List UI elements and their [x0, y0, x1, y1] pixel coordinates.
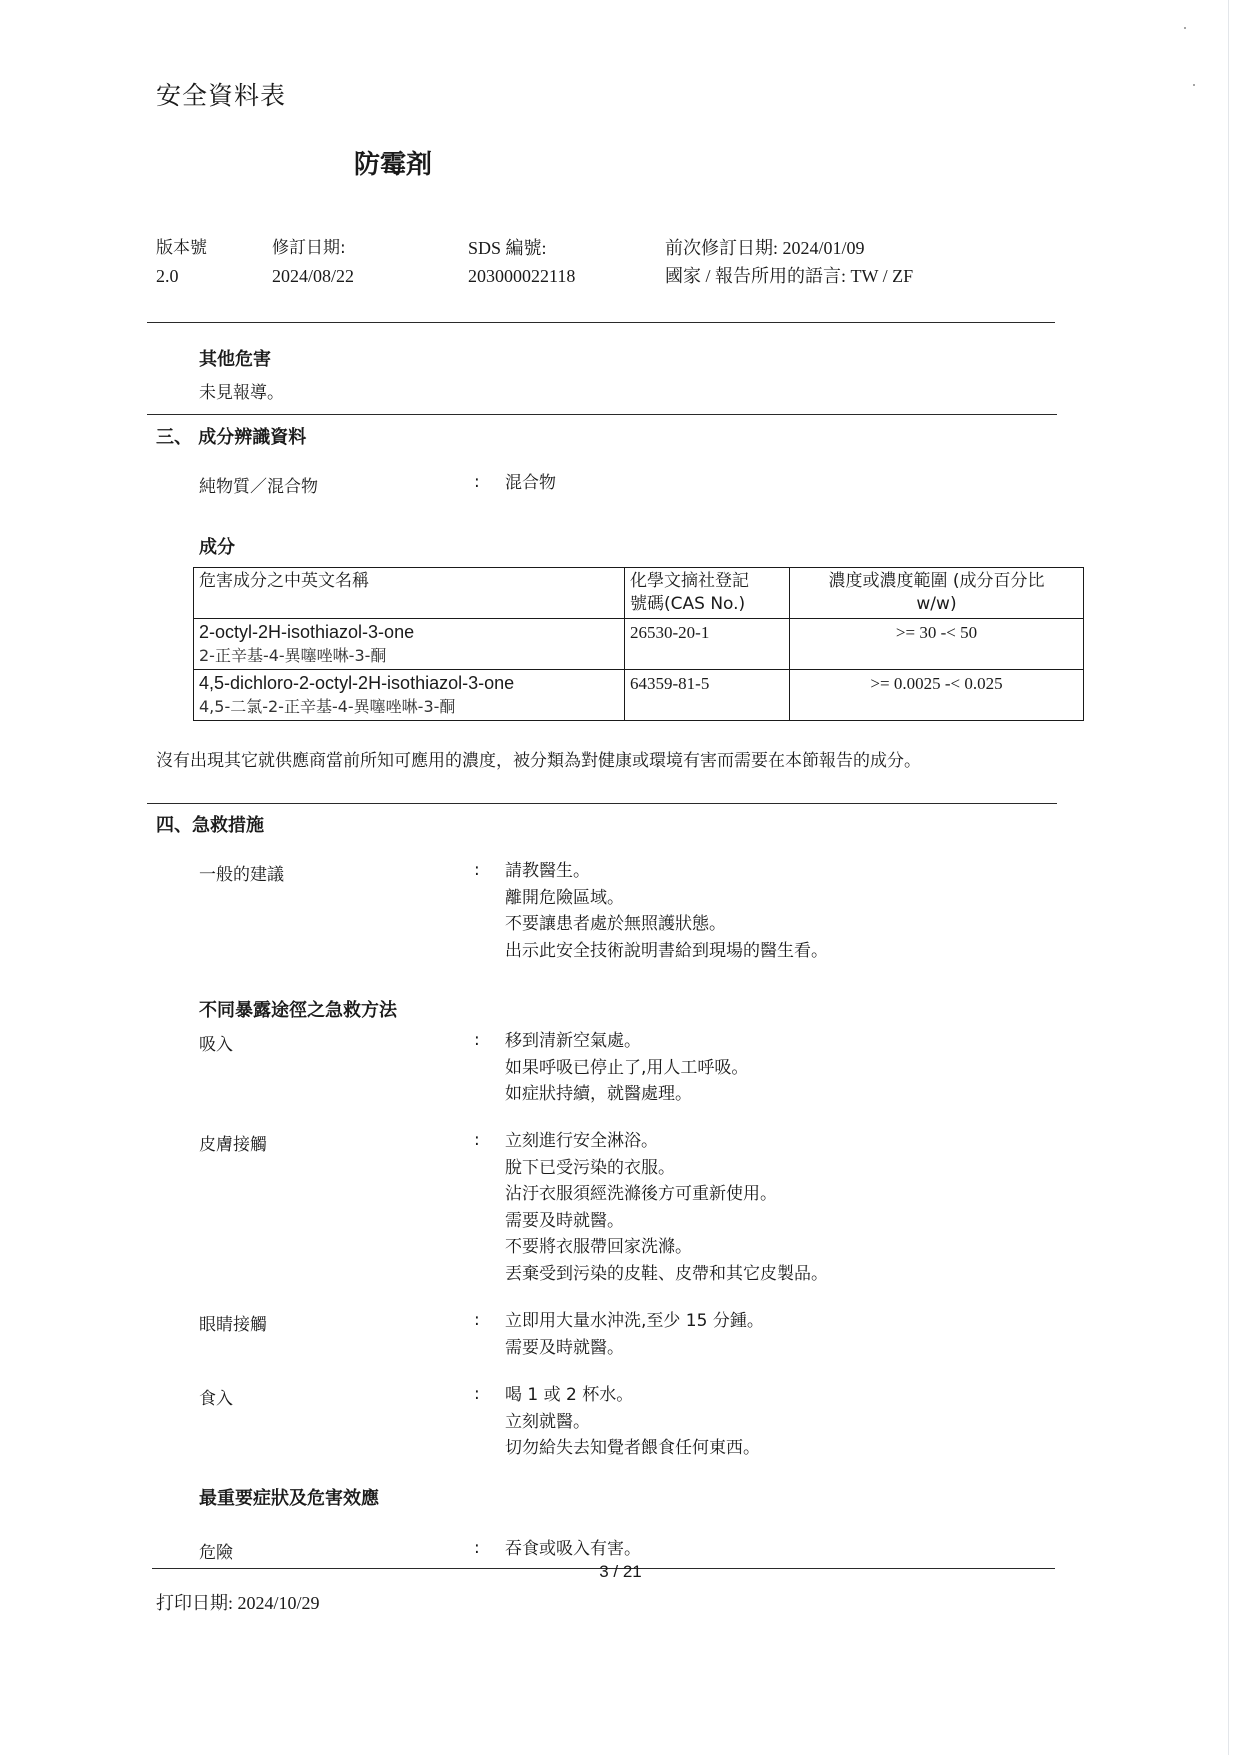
other-hazards-heading: 其他危害 — [199, 345, 271, 371]
sds-number-value: 203000022118 — [468, 262, 575, 290]
table-row: 2-octyl-2H-isothiazol-3-one 2-正辛基-4-異噻唑啉… — [194, 619, 1084, 670]
list-item: 立刻進行安全淋浴。 — [505, 1128, 828, 1155]
print-date: 打印日期: 2024/10/29 — [156, 1589, 320, 1617]
concentration: >= 0.0025 -< 0.025 — [790, 670, 1084, 721]
revision-date-label: 修訂日期: — [272, 234, 354, 262]
component-name-cell: 4,5-dichloro-2-octyl-2H-isothiazol-3-one… — [194, 670, 625, 721]
product-name: 防霉剤 — [354, 144, 432, 181]
other-hazards-text: 未見報導。 — [199, 378, 284, 403]
section3-heading: 三、 成分辨識資料 — [156, 423, 306, 449]
concentration: >= 30 -< 50 — [790, 619, 1084, 670]
scan-edge-line — [1228, 0, 1229, 1755]
sds-number-block: SDS 編號: 203000022118 — [468, 234, 575, 290]
list-item: 需要及時就醫。 — [505, 1335, 764, 1362]
danger-label: 危險 — [199, 1538, 233, 1563]
ingestion-label: 食入 — [199, 1384, 233, 1409]
component-name-zh: 2-正辛基-4-異噻唑啉-3-酮 — [199, 644, 619, 667]
header-name: 危害成分之中英文名稱 — [194, 568, 625, 619]
header-concentration: 濃度或濃度範圍 (成分百分比 w/w) — [790, 568, 1084, 619]
scan-speck — [1193, 84, 1195, 86]
eye-contact-list: 立即用大量水沖洗,至少 15 分鍾。 需要及時就醫。 — [505, 1308, 764, 1361]
list-item: 喝 1 或 2 杯水。 — [505, 1382, 760, 1409]
header-concentration-line1: 濃度或濃度範圍 (成分百分比 — [795, 570, 1078, 593]
colon: : — [474, 1538, 480, 1558]
eye-contact-label: 眼睛接觸 — [199, 1310, 267, 1335]
revision-date-block: 修訂日期: 2024/08/22 — [272, 234, 354, 290]
version-value: 2.0 — [156, 262, 207, 290]
sds-number-label: SDS 編號: — [468, 234, 575, 262]
components-note: 沒有出現其它就供應商當前所知可應用的濃度，被分類為對健康或環境有害而需要在本節報… — [156, 746, 921, 771]
revision-info-block: 前次修訂日期: 2024/01/09 國家 / 報告所用的語言: TW / ZF — [665, 234, 913, 290]
components-table: 危害成分之中英文名稱 化學文摘社登記 號碼(CAS No.) 濃度或濃度範圍 (… — [193, 567, 1084, 721]
colon: : — [474, 1130, 480, 1150]
version-block: 版本號 2.0 — [156, 234, 207, 290]
revision-date-value: 2024/08/22 — [272, 262, 354, 290]
header-concentration-line2: w/w) — [795, 593, 1078, 616]
page-number: 3 / 21 — [0, 1562, 1241, 1582]
skin-contact-list: 立刻進行安全淋浴。 脫下已受污染的衣服。 沾汙衣服須經洗滌後方可重新使用。 需要… — [505, 1128, 828, 1287]
list-item: 切勿給失去知覺者餵食任何東西。 — [505, 1435, 760, 1462]
list-item: 立即用大量水沖洗,至少 15 分鍾。 — [505, 1308, 764, 1335]
table-row: 4,5-dichloro-2-octyl-2H-isothiazol-3-one… — [194, 670, 1084, 721]
component-name-zh: 4,5-二氯-2-正辛基-4-異噻唑啉-3-酮 — [199, 695, 619, 718]
list-item: 請教醫生。 — [505, 858, 828, 885]
section-divider — [147, 803, 1057, 804]
scan-speck — [1184, 27, 1186, 29]
section4-heading: 四、急救措施 — [156, 811, 264, 837]
list-item: 不要將衣服帶回家洗滌。 — [505, 1234, 828, 1261]
danger-value: 吞食或吸入有害。 — [505, 1536, 641, 1563]
colon: : — [474, 1030, 480, 1050]
exposure-routes-heading: 不同暴露途徑之急救方法 — [199, 996, 397, 1022]
ingestion-list: 喝 1 或 2 杯水。 立刻就醫。 切勿給失去知覺者餵食任何東西。 — [505, 1382, 760, 1462]
general-advice-list: 請教醫生。 離開危險區域。 不要讓患者處於無照護狀態。 出示此安全技術說明書給到… — [505, 858, 828, 964]
substance-mixture-value: 混合物 — [505, 470, 556, 497]
list-item: 如症狀持續，就醫處理。 — [505, 1081, 748, 1108]
colon: : — [474, 1384, 480, 1404]
component-name-cell: 2-octyl-2H-isothiazol-3-one 2-正辛基-4-異噻唑啉… — [194, 619, 625, 670]
colon: : — [474, 472, 480, 492]
inhalation-list: 移到清新空氣處。 如果呼吸已停止了,用人工呼吸。 如症狀持續，就醫處理。 — [505, 1028, 748, 1108]
list-item: 出示此安全技術說明書給到現場的醫生看。 — [505, 938, 828, 965]
inhalation-label: 吸入 — [199, 1030, 233, 1055]
table-header-row: 危害成分之中英文名稱 化學文摘社登記 號碼(CAS No.) 濃度或濃度範圍 (… — [194, 568, 1084, 619]
list-item: 丟棄受到污染的皮鞋、皮帶和其它皮製品。 — [505, 1261, 828, 1288]
list-item: 立刻就醫。 — [505, 1409, 760, 1436]
list-item: 不要讓患者處於無照護狀態。 — [505, 911, 828, 938]
header-cas: 化學文摘社登記 號碼(CAS No.) — [625, 568, 790, 619]
previous-revision-date: 前次修訂日期: 2024/01/09 — [665, 234, 913, 262]
country-language: 國家 / 報告所用的語言: TW / ZF — [665, 262, 913, 290]
document-title: 安全資料表 — [156, 76, 286, 112]
section-divider — [147, 414, 1057, 415]
list-item: 移到清新空氣處。 — [505, 1028, 748, 1055]
component-name-en: 2-octyl-2H-isothiazol-3-one — [199, 621, 619, 644]
symptoms-heading: 最重要症狀及危害效應 — [199, 1484, 379, 1510]
general-advice-label: 一般的建議 — [199, 860, 284, 885]
header-divider — [147, 322, 1055, 323]
colon: : — [474, 860, 480, 880]
list-item: 需要及時就醫。 — [505, 1208, 828, 1235]
list-item: 如果呼吸已停止了,用人工呼吸。 — [505, 1055, 748, 1082]
list-item: 脫下已受污染的衣服。 — [505, 1155, 828, 1182]
components-heading: 成分 — [199, 533, 235, 559]
header-cas-line2: 號碼(CAS No.) — [630, 593, 784, 616]
version-label: 版本號 — [156, 234, 207, 262]
header-cas-line1: 化學文摘社登記 — [630, 570, 784, 593]
component-name-en: 4,5-dichloro-2-octyl-2H-isothiazol-3-one — [199, 672, 619, 695]
skin-contact-label: 皮膚接觸 — [199, 1130, 267, 1155]
cas-number: 26530-20-1 — [625, 619, 790, 670]
substance-mixture-label: 純物質／混合物 — [199, 472, 318, 497]
list-item: 離開危險區域。 — [505, 885, 828, 912]
colon: : — [474, 1310, 480, 1330]
list-item: 沾汙衣服須經洗滌後方可重新使用。 — [505, 1181, 828, 1208]
cas-number: 64359-81-5 — [625, 670, 790, 721]
